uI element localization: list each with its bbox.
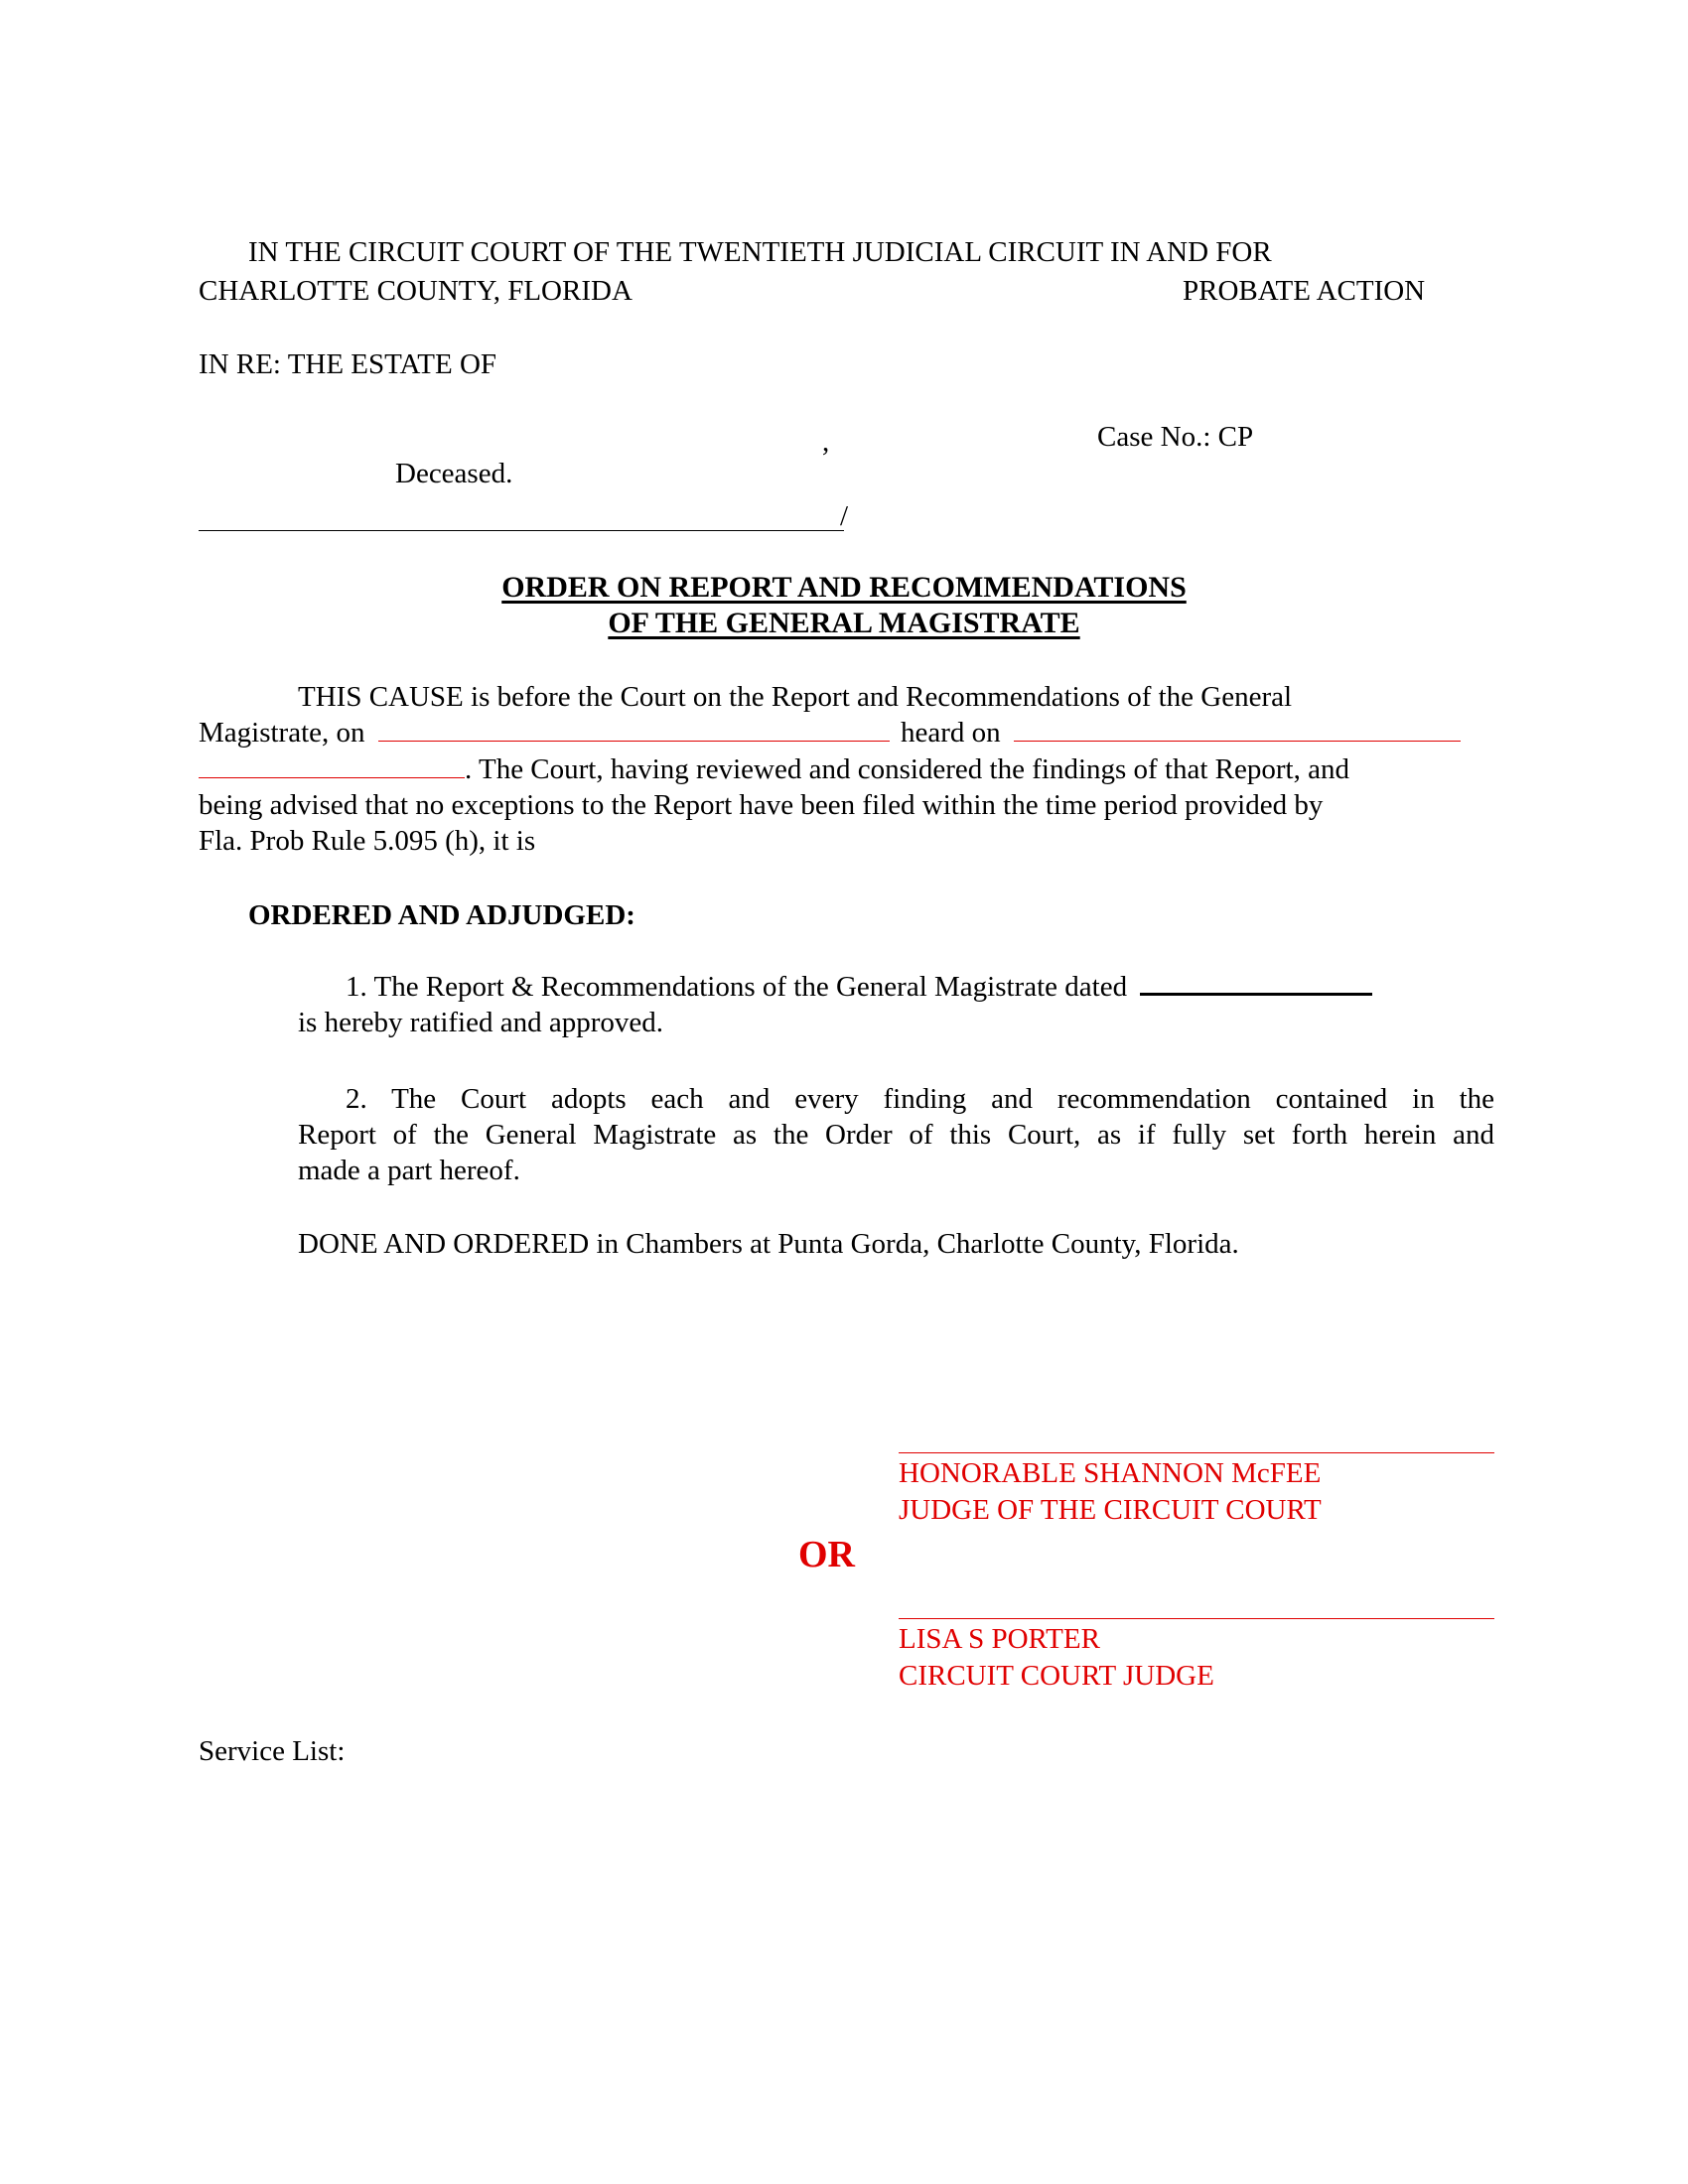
item-2-line-3: made a part hereof. (298, 1153, 520, 1188)
heard-on-text: heard on (901, 717, 1001, 749)
cause-paragraph-line-4: being advised that no exceptions to the … (199, 787, 1323, 823)
heard-on-blank-continued[interactable] (199, 776, 465, 778)
item-1-line-2: is hereby ratified and approved. (298, 1005, 663, 1040)
or-separator: OR (798, 1533, 855, 1576)
item-2-line-2: Report of the General Magistrate as the … (298, 1117, 1494, 1153)
item-1-line-1: 1. The Report & Recommendations of the G… (346, 969, 1372, 1005)
done-and-ordered: DONE AND ORDERED in Chambers at Punta Go… (298, 1226, 1239, 1262)
action-type-label: PROBATE ACTION (1183, 273, 1425, 309)
magistrate-on-text: Magistrate, on (199, 717, 365, 749)
cause-paragraph-line-5: Fla. Prob Rule 5.095 (h), it is (199, 823, 535, 859)
item-2-line-1: 2. The Court adopts each and every findi… (346, 1081, 1494, 1117)
hearing-date-blank[interactable] (378, 740, 890, 742)
signature-line-2[interactable] (899, 1618, 1494, 1619)
judge-1-name: HONORABLE SHANNON McFEE (899, 1455, 1321, 1491)
caption-divider (199, 530, 844, 531)
heard-on-blank[interactable] (1014, 740, 1461, 742)
order-title-line-1: ORDER ON REPORT AND RECOMMENDATIONS (501, 571, 1187, 604)
in-re-label: IN RE: THE ESTATE OF (199, 346, 496, 382)
order-title-row-2: OF THE GENERAL MAGISTRATE (0, 606, 1688, 641)
cause-paragraph-line-3: . The Court, having reviewed and conside… (199, 751, 1349, 787)
signature-line-1[interactable] (899, 1452, 1494, 1453)
service-list-label: Service List: (199, 1733, 345, 1769)
caption-slash: / (840, 498, 848, 534)
judge-2-title: CIRCUIT COURT JUDGE (899, 1658, 1214, 1694)
cause-paragraph-line-3-text: . The Court, having reviewed and conside… (465, 753, 1349, 785)
cause-paragraph-line-2: Magistrate, on heard on (199, 715, 1461, 751)
cause-paragraph-line-1: THIS CAUSE is before the Court on the Re… (298, 679, 1292, 715)
ordered-adjudged-heading: ORDERED AND ADJUDGED: (248, 897, 635, 933)
report-date-blank[interactable] (1140, 992, 1372, 996)
item-1-text: 1. The Report & Recommendations of the G… (346, 971, 1127, 1003)
order-title: ORDER ON REPORT AND RECOMMENDATIONS (0, 570, 1688, 606)
caption-comma: , (822, 424, 829, 460)
deceased-label: Deceased. (395, 456, 512, 491)
judge-2-name: LISA S PORTER (899, 1621, 1100, 1657)
case-number-label: Case No.: CP (1097, 419, 1253, 455)
judge-1-title: JUDGE OF THE CIRCUIT COURT (899, 1492, 1322, 1528)
order-title-line-2: OF THE GENERAL MAGISTRATE (608, 607, 1079, 639)
county-label: CHARLOTTE COUNTY, FLORIDA (199, 273, 633, 309)
court-heading: IN THE CIRCUIT COURT OF THE TWENTIETH JU… (248, 234, 1272, 270)
